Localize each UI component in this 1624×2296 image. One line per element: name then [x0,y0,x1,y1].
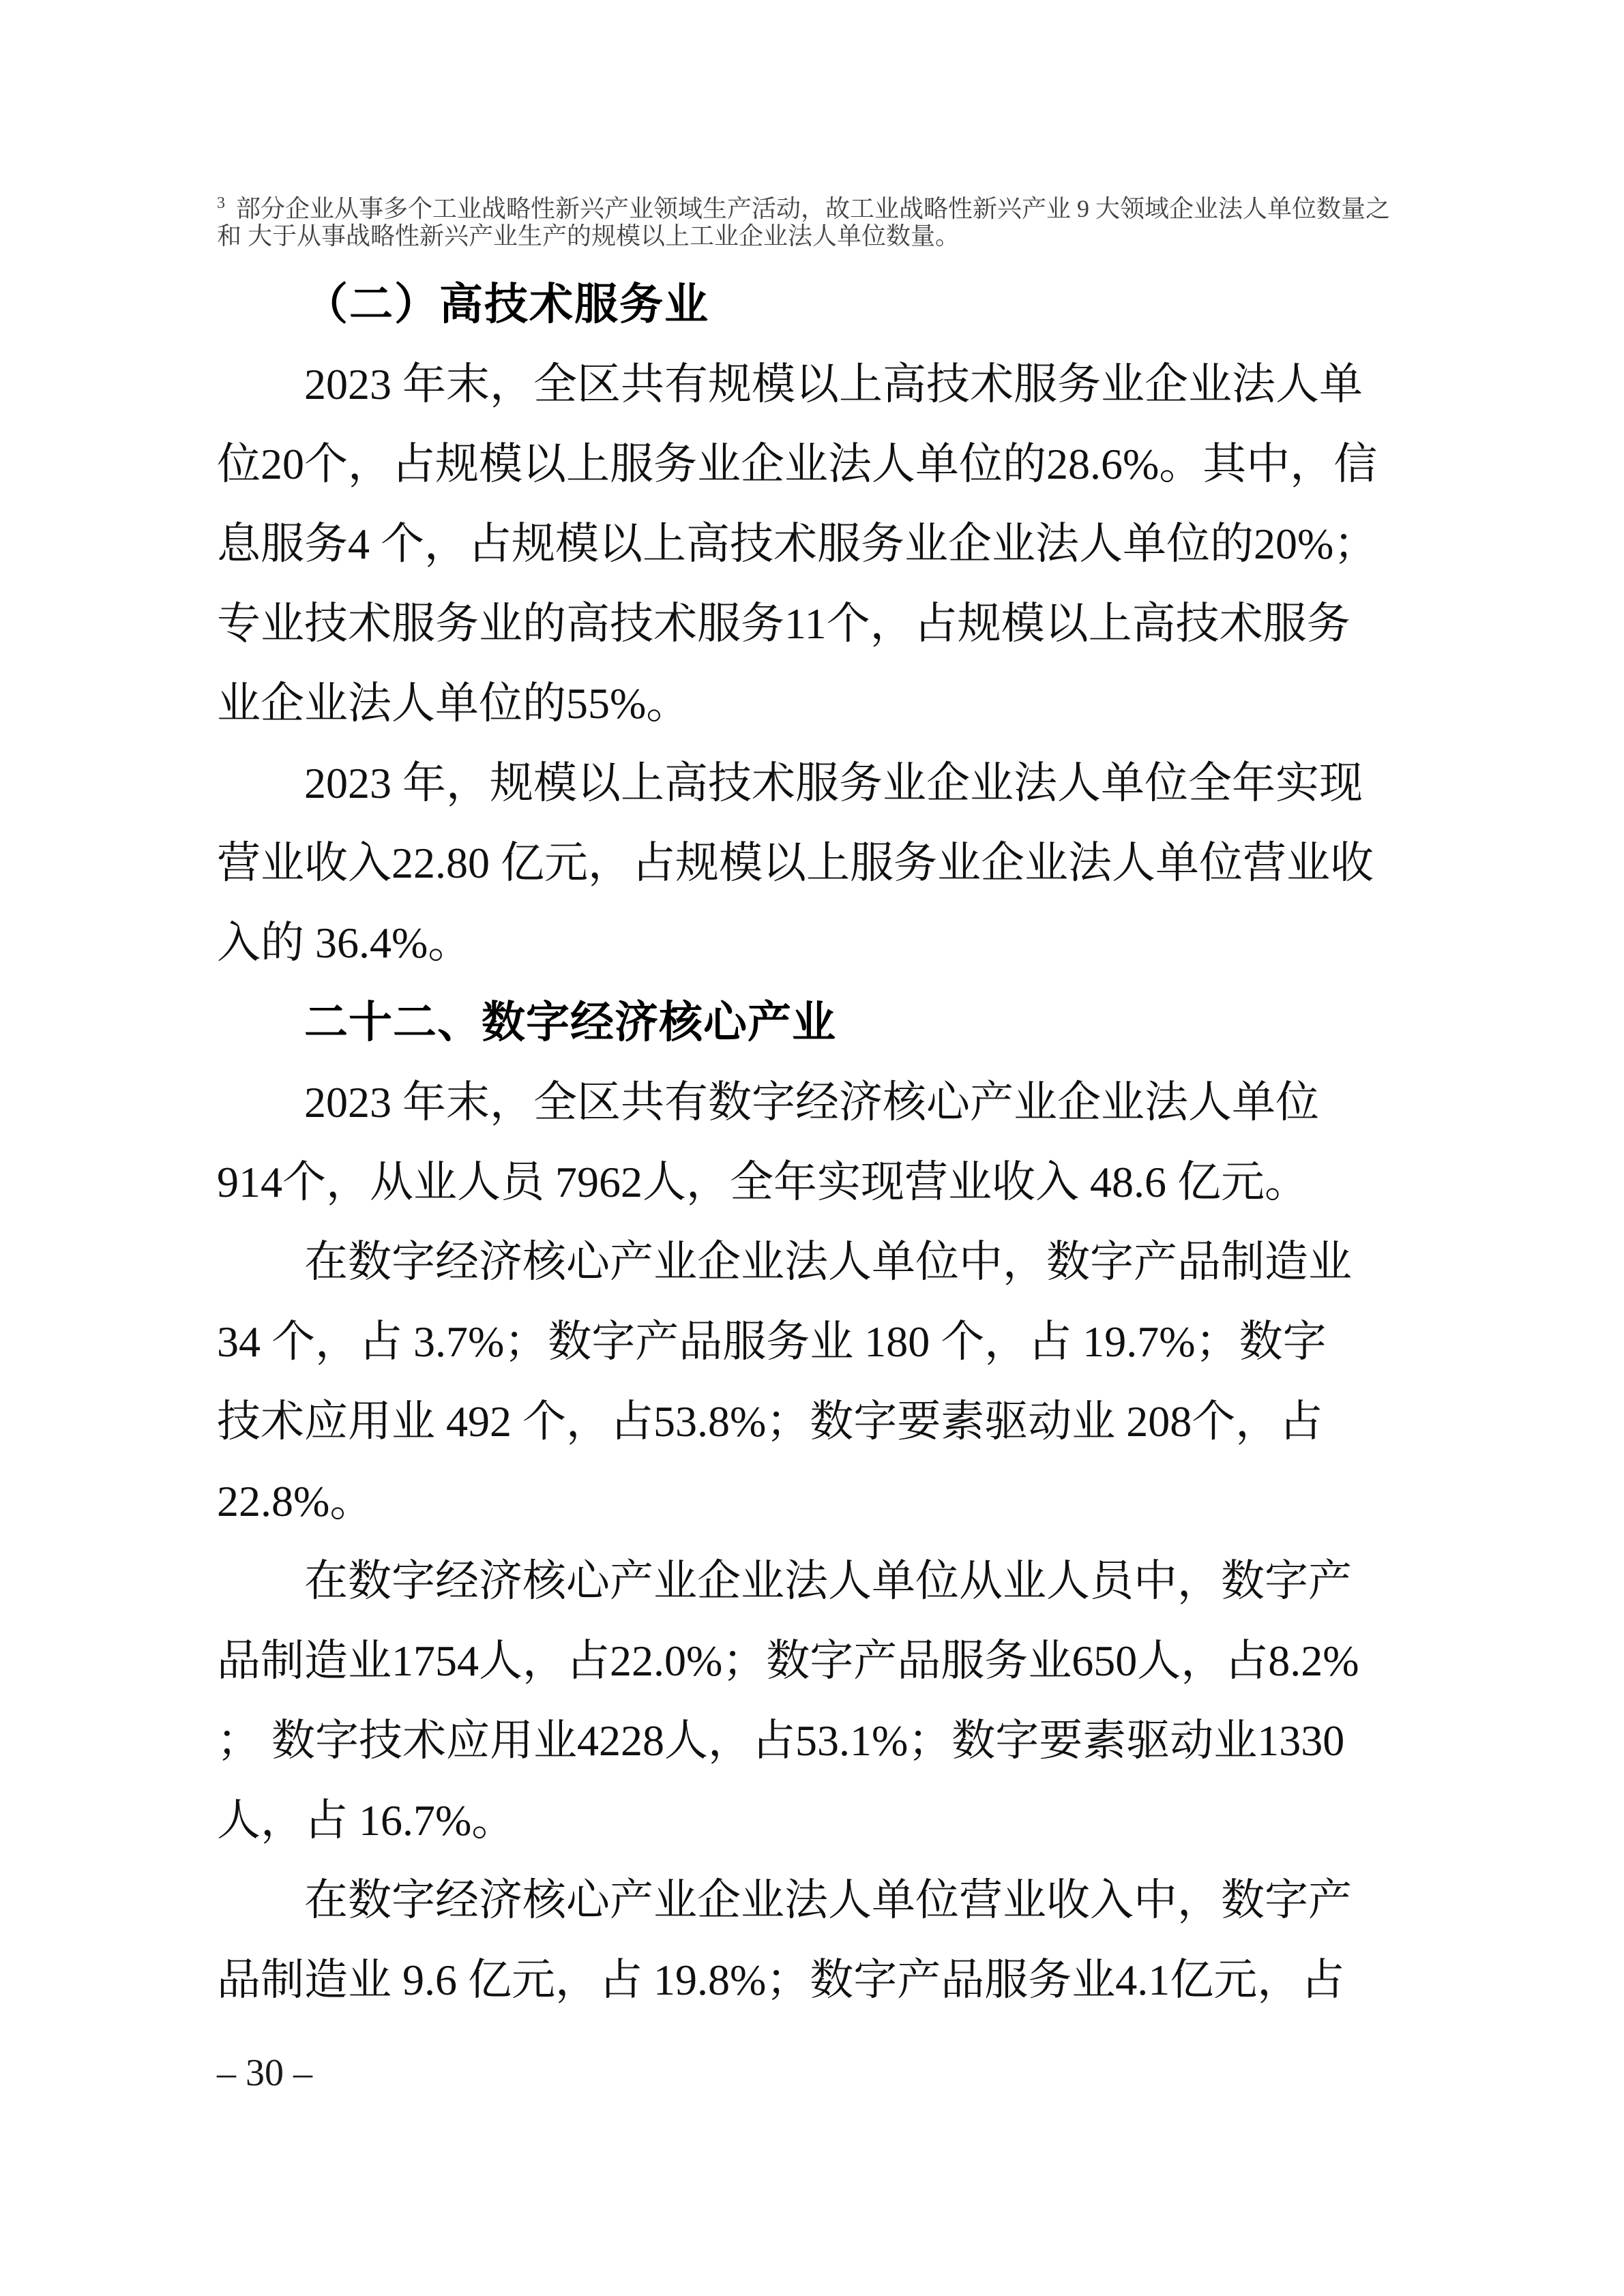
subsection-heading-high-tech-services: （二）高技术服务业 [217,265,1409,344]
text-line: 息服务4 个，占规模以上高技术服务业企业法人单位的20%； [217,504,1409,584]
paragraph-digital-economy-units: 在数字经济核心产业企业法人单位中，数字产品制造业34 个，占 3.7%；数字产品… [217,1222,1409,1541]
text-line: 2023 年末，全区共有规模以上高技术服务业企业法人单 [217,344,1409,424]
section-heading-digital-economy: 二十二、数字经济核心产业 [217,983,1409,1062]
text-line: 位20个，占规模以上服务业企业法人单位的28.6%。其中，信 [217,424,1409,504]
text-line: 914个，从业人员 7962人，全年实现营业收入 48.6 亿元。 [217,1142,1409,1222]
text-line: 品制造业 9.6 亿元，占 19.8%；数字产品服务业4.1亿元，占 [217,1940,1409,2020]
text-line: 技术应用业 492 个，占53.8%；数字要素驱动业 208个，占 [217,1382,1409,1461]
text-line: ； 数字技术应用业4228人，占53.1%；数字要素驱动业1330 [217,1701,1409,1780]
paragraph-digital-economy-overview: 2023 年末，全区共有数字经济核心产业企业法人单位914个，从业人员 7962… [217,1062,1409,1222]
text-line: 业企业法人单位的55%。 [217,664,1409,743]
text-line: 专业技术服务业的高技术服务11个，占规模以上高技术服务 [217,584,1409,664]
footnote-marker: 3 [217,194,225,212]
footnote-line: 3部分企业从事多个工业战略性新兴产业领域生产活动，故工业战略性新兴产业 9 大领… [217,195,1411,222]
text-line: 在数字经济核心产业企业法人单位中，数字产品制造业 [217,1222,1409,1302]
text-line: 营业收入22.80 亿元，占规模以上服务业企业法人单位营业收 [217,823,1409,903]
document-page: 3部分企业从事多个工业战略性新兴产业领域生产活动，故工业战略性新兴产业 9 大领… [0,0,1624,2296]
paragraph-high-tech-service-units: 2023 年末，全区共有规模以上高技术服务业企业法人单位20个，占规模以上服务业… [217,344,1409,743]
footnote-line: 和 大于从事战略性新兴产业生产的规模以上工业企业法人单位数量。 [217,222,1411,250]
page-number: – 30 – [217,2049,312,2097]
heading-line: （二）高技术服务业 [217,265,1409,344]
text-line: 在数字经济核心产业企业法人单位营业收入中，数字产 [217,1860,1409,1940]
text-line: 2023 年末，全区共有数字经济核心产业企业法人单位 [217,1062,1409,1142]
text-line: 34 个，占 3.7%；数字产品服务业 180 个，占 19.7%；数字 [217,1302,1409,1382]
text-line: 品制造业1754人，占22.0%；数字产品服务业650人，占8.2% [217,1621,1409,1701]
text-line: 人，占 16.7%。 [217,1780,1409,1860]
paragraph-high-tech-service-revenue: 2023 年，规模以上高技术服务业企业法人单位全年实现营业收入22.80 亿元，… [217,743,1409,983]
text-line: 入的 36.4%。 [217,903,1409,983]
document-body: （二）高技术服务业2023 年末，全区共有规模以上高技术服务业企业法人单位20个… [217,265,1409,2020]
footnote: 3部分企业从事多个工业战略性新兴产业领域生产活动，故工业战略性新兴产业 9 大领… [217,195,1411,250]
text-line: 2023 年，规模以上高技术服务业企业法人单位全年实现 [217,743,1409,823]
text-line: 在数字经济核心产业企业法人单位从业人员中，数字产 [217,1541,1409,1621]
text-line: 22.8%。 [217,1461,1409,1541]
heading-line: 二十二、数字经济核心产业 [217,983,1409,1062]
paragraph-digital-economy-employees: 在数字经济核心产业企业法人单位从业人员中，数字产品制造业1754人，占22.0%… [217,1541,1409,1860]
paragraph-digital-economy-revenue: 在数字经济核心产业企业法人单位营业收入中，数字产品制造业 9.6 亿元，占 19… [217,1860,1409,2020]
